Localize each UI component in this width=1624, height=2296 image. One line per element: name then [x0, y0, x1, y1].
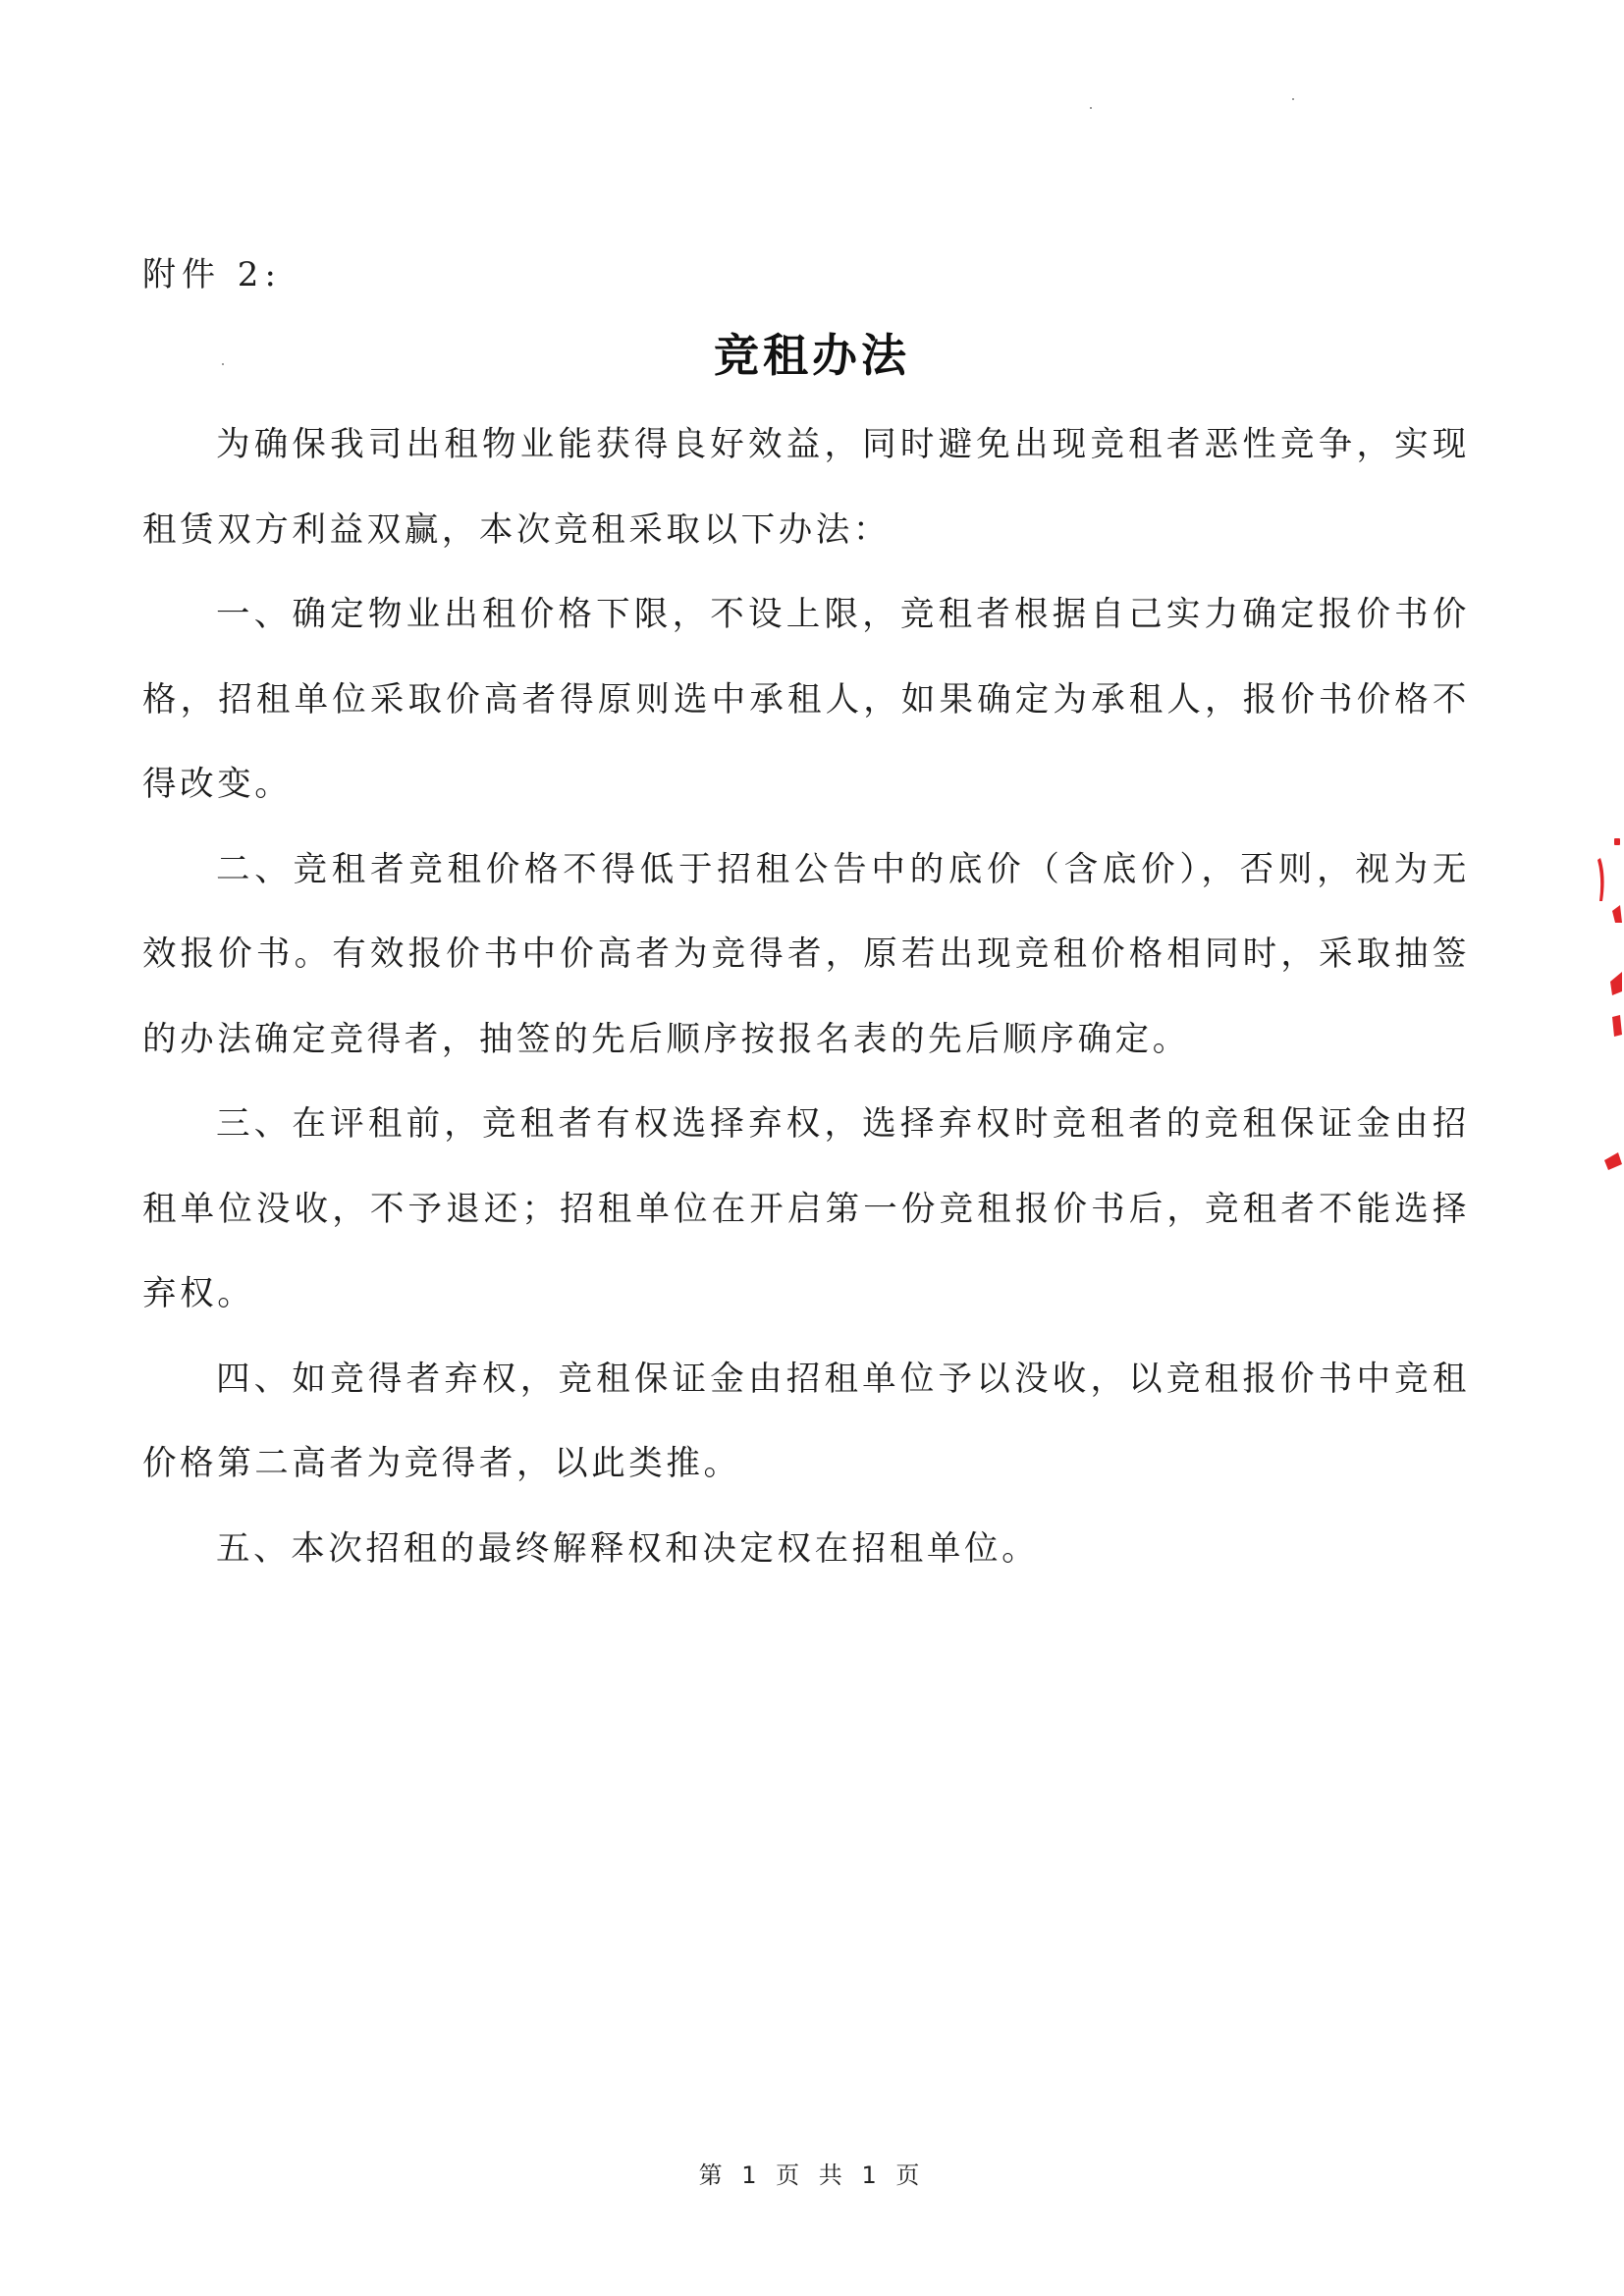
scan-speck [222, 363, 224, 365]
attachment-label: 附件 2: [142, 247, 282, 295]
paragraph-clause-5: 五、本次招租的最终解释权和决定权在招租单位。 [142, 1507, 1470, 1592]
paragraph-clause-4: 四、如竞得者弃权，竞租保证金由招租单位予以没收，以竞租报价书中竞租价格第二高者为… [142, 1337, 1470, 1507]
paragraph-clause-3: 三、在评租前，竞租者有权选择弃权，选择弃权时竞租者的竞租保证金由招租单位没收，不… [142, 1082, 1470, 1337]
scan-speck [1090, 107, 1092, 109]
paragraph-intro: 为确保我司出租物业能获得良好效益，同时避免出现竞租者恶性竞争，实现租赁双方利益双… [142, 402, 1470, 572]
document-page: 附件 2: 竞租办法 为确保我司出租物业能获得良好效益，同时避免出现竞租者恶性竞… [0, 0, 1624, 2296]
document-title: 竞租办法 [0, 320, 1624, 385]
scan-speck [1292, 98, 1294, 100]
paragraph-clause-1: 一、确定物业出租价格下限，不设上限，竞租者根据自己实力确定报价书价格，招租单位采… [142, 572, 1470, 828]
paragraph-clause-2: 二、竞租者竞租价格不得低于招租公告中的底价（含底价），否则，视为无效报价书。有效… [142, 828, 1470, 1083]
seal-fragment-icon [1589, 825, 1624, 1198]
page-number-footer: 第 1 页 共 1 页 [0, 2156, 1624, 2190]
document-body: 为确保我司出租物业能获得良好效益，同时避免出现竞租者恶性竞争，实现租赁双方利益双… [142, 402, 1470, 1591]
